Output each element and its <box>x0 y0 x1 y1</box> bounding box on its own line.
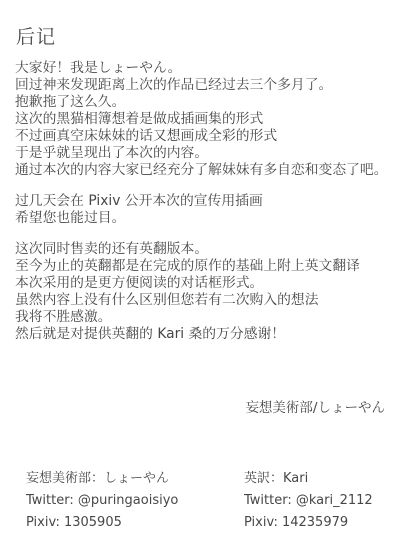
text-line: 我将不胜感激。 <box>15 309 397 326</box>
credit-author-name: 妄想美術部：しょーやん <box>26 468 178 490</box>
credit-translator-pixiv: Pixiv: 14235979 <box>244 512 373 534</box>
paragraph-intro: 大家好！我是しょーやん。 回过神来发现距离上次的作品已经过去三个多月了。 抱歉拖… <box>15 60 397 179</box>
page-title: 后记 <box>16 22 56 49</box>
text-line: 这次同时售卖的还有英翻版本。 <box>15 241 397 258</box>
credit-translator-twitter: Twitter: @kari_2112 <box>244 490 373 512</box>
text-line: 至今为止的英翻都是在完成的原作的基础上附上英文翻译 <box>15 258 397 275</box>
text-line: 过几天会在 Pixiv 公开本次的宣传用插画 <box>15 193 397 210</box>
text-line: 于是乎就呈现出了本次的内容。 <box>15 145 397 162</box>
author-signature: 妄想美術部/しょーやん <box>245 396 385 416</box>
text-line: 不过画真空床妹妹的话又想画成全彩的形式 <box>15 128 397 145</box>
credit-translator: 英訳：Kari Twitter: @kari_2112 Pixiv: 14235… <box>244 468 373 534</box>
afterword-page: 后记 大家好！我是しょーやん。 回过神来发现距离上次的作品已经过去三个多月了。 … <box>0 0 400 559</box>
credit-author: 妄想美術部：しょーやん Twitter: @puringaoisiyo Pixi… <box>26 468 178 534</box>
text-line: 回过神来发现距离上次的作品已经过去三个多月了。 <box>15 77 397 94</box>
credit-author-twitter: Twitter: @puringaoisiyo <box>26 490 178 512</box>
text-line: 希望您也能过目。 <box>15 210 397 227</box>
text-line: 本次采用的是更方便阅读的对话框形式。 <box>15 275 397 292</box>
paragraph-translation: 这次同时售卖的还有英翻版本。 至今为止的英翻都是在完成的原作的基础上附上英文翻译… <box>15 241 397 343</box>
text-line: 然后就是对提供英翻的 Kari 桑的万分感谢！ <box>15 326 397 343</box>
text-line: 大家好！我是しょーやん。 <box>15 60 397 77</box>
body-text: 大家好！我是しょーやん。 回过神来发现距离上次的作品已经过去三个多月了。 抱歉拖… <box>15 60 397 343</box>
paragraph-pixiv: 过几天会在 Pixiv 公开本次的宣传用插画 希望您也能过目。 <box>15 193 397 227</box>
credit-translator-name: 英訳：Kari <box>244 468 373 490</box>
text-line: 这次的黑猫相簿想着是做成插画集的形式 <box>15 111 397 128</box>
text-line: 虽然内容上没有什么区别但您若有二次购入的想法 <box>15 292 397 309</box>
text-line: 通过本次的内容大家已经充分了解妹妹有多自恋和变态了吧。 <box>15 162 397 179</box>
credit-author-pixiv: Pixiv: 1305905 <box>26 512 178 534</box>
text-line: 抱歉拖了这么久。 <box>15 94 397 111</box>
